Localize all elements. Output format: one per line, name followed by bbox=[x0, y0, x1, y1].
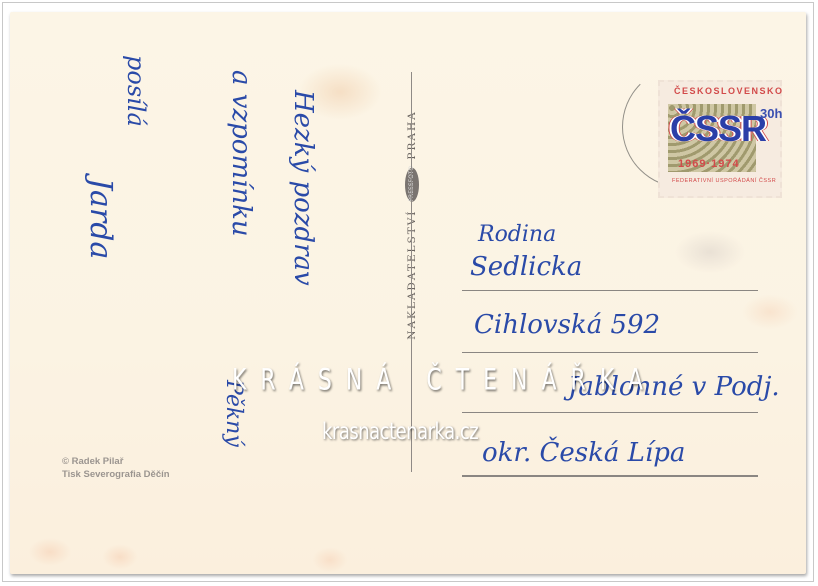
address-rule-1 bbox=[462, 290, 758, 291]
message-line-2: a vzpomínku bbox=[226, 70, 256, 237]
stamp-caption: FEDERATIVNÍ USPOŘÁDÁNÍ ČSSR bbox=[672, 178, 776, 184]
stamp-value: 30h bbox=[760, 106, 782, 121]
stamp-country: ČESKOSLOVENSKO bbox=[674, 86, 784, 96]
address-rule-4 bbox=[462, 475, 758, 477]
postage-stamp: ČESKOSLOVENSKO ČSSR 30h 1969·1974 FEDERA… bbox=[650, 74, 790, 204]
address-line-2: Sedlicka bbox=[470, 252, 582, 282]
stamp-main-text: ČSSR bbox=[670, 108, 766, 150]
publisher-imprint: NAKLADATELSTVÍ PRESSFOTO PRAHA bbox=[397, 75, 427, 375]
address-line-1: Rodina bbox=[478, 222, 556, 247]
stamp-years: 1969·1974 bbox=[678, 158, 740, 170]
copyright-block: © Radek Pilař Tisk Severografia Děčín bbox=[62, 455, 170, 481]
message-line-3: posílá bbox=[122, 55, 150, 127]
stamp-body: ČESKOSLOVENSKO ČSSR 30h 1969·1974 FEDERA… bbox=[658, 80, 782, 198]
address-rule-2 bbox=[462, 352, 758, 353]
copyright-line-1: © Radek Pilař bbox=[62, 455, 170, 468]
address-rule-3 bbox=[462, 412, 758, 413]
publisher-city: PRAHA bbox=[406, 110, 418, 159]
watermark-title: KRÁSNÁ ČTENÁŘKA bbox=[232, 364, 657, 398]
copyright-line-2: Tisk Severografia Děčín bbox=[62, 468, 170, 481]
watermark-url: krasnactenarka.cz bbox=[322, 418, 478, 445]
message-line-4: Jarda bbox=[83, 178, 118, 259]
address-line-3: Cihlovská 592 bbox=[474, 310, 660, 340]
address-line-5: okr. Česká Lípa bbox=[482, 438, 685, 468]
publisher-name: NAKLADATELSTVÍ bbox=[406, 210, 418, 340]
message-line-1: Hezký pozdrav bbox=[288, 90, 318, 286]
pressfoto-logo-icon: PRESSFOTO bbox=[405, 168, 419, 202]
center-divider bbox=[411, 72, 412, 472]
